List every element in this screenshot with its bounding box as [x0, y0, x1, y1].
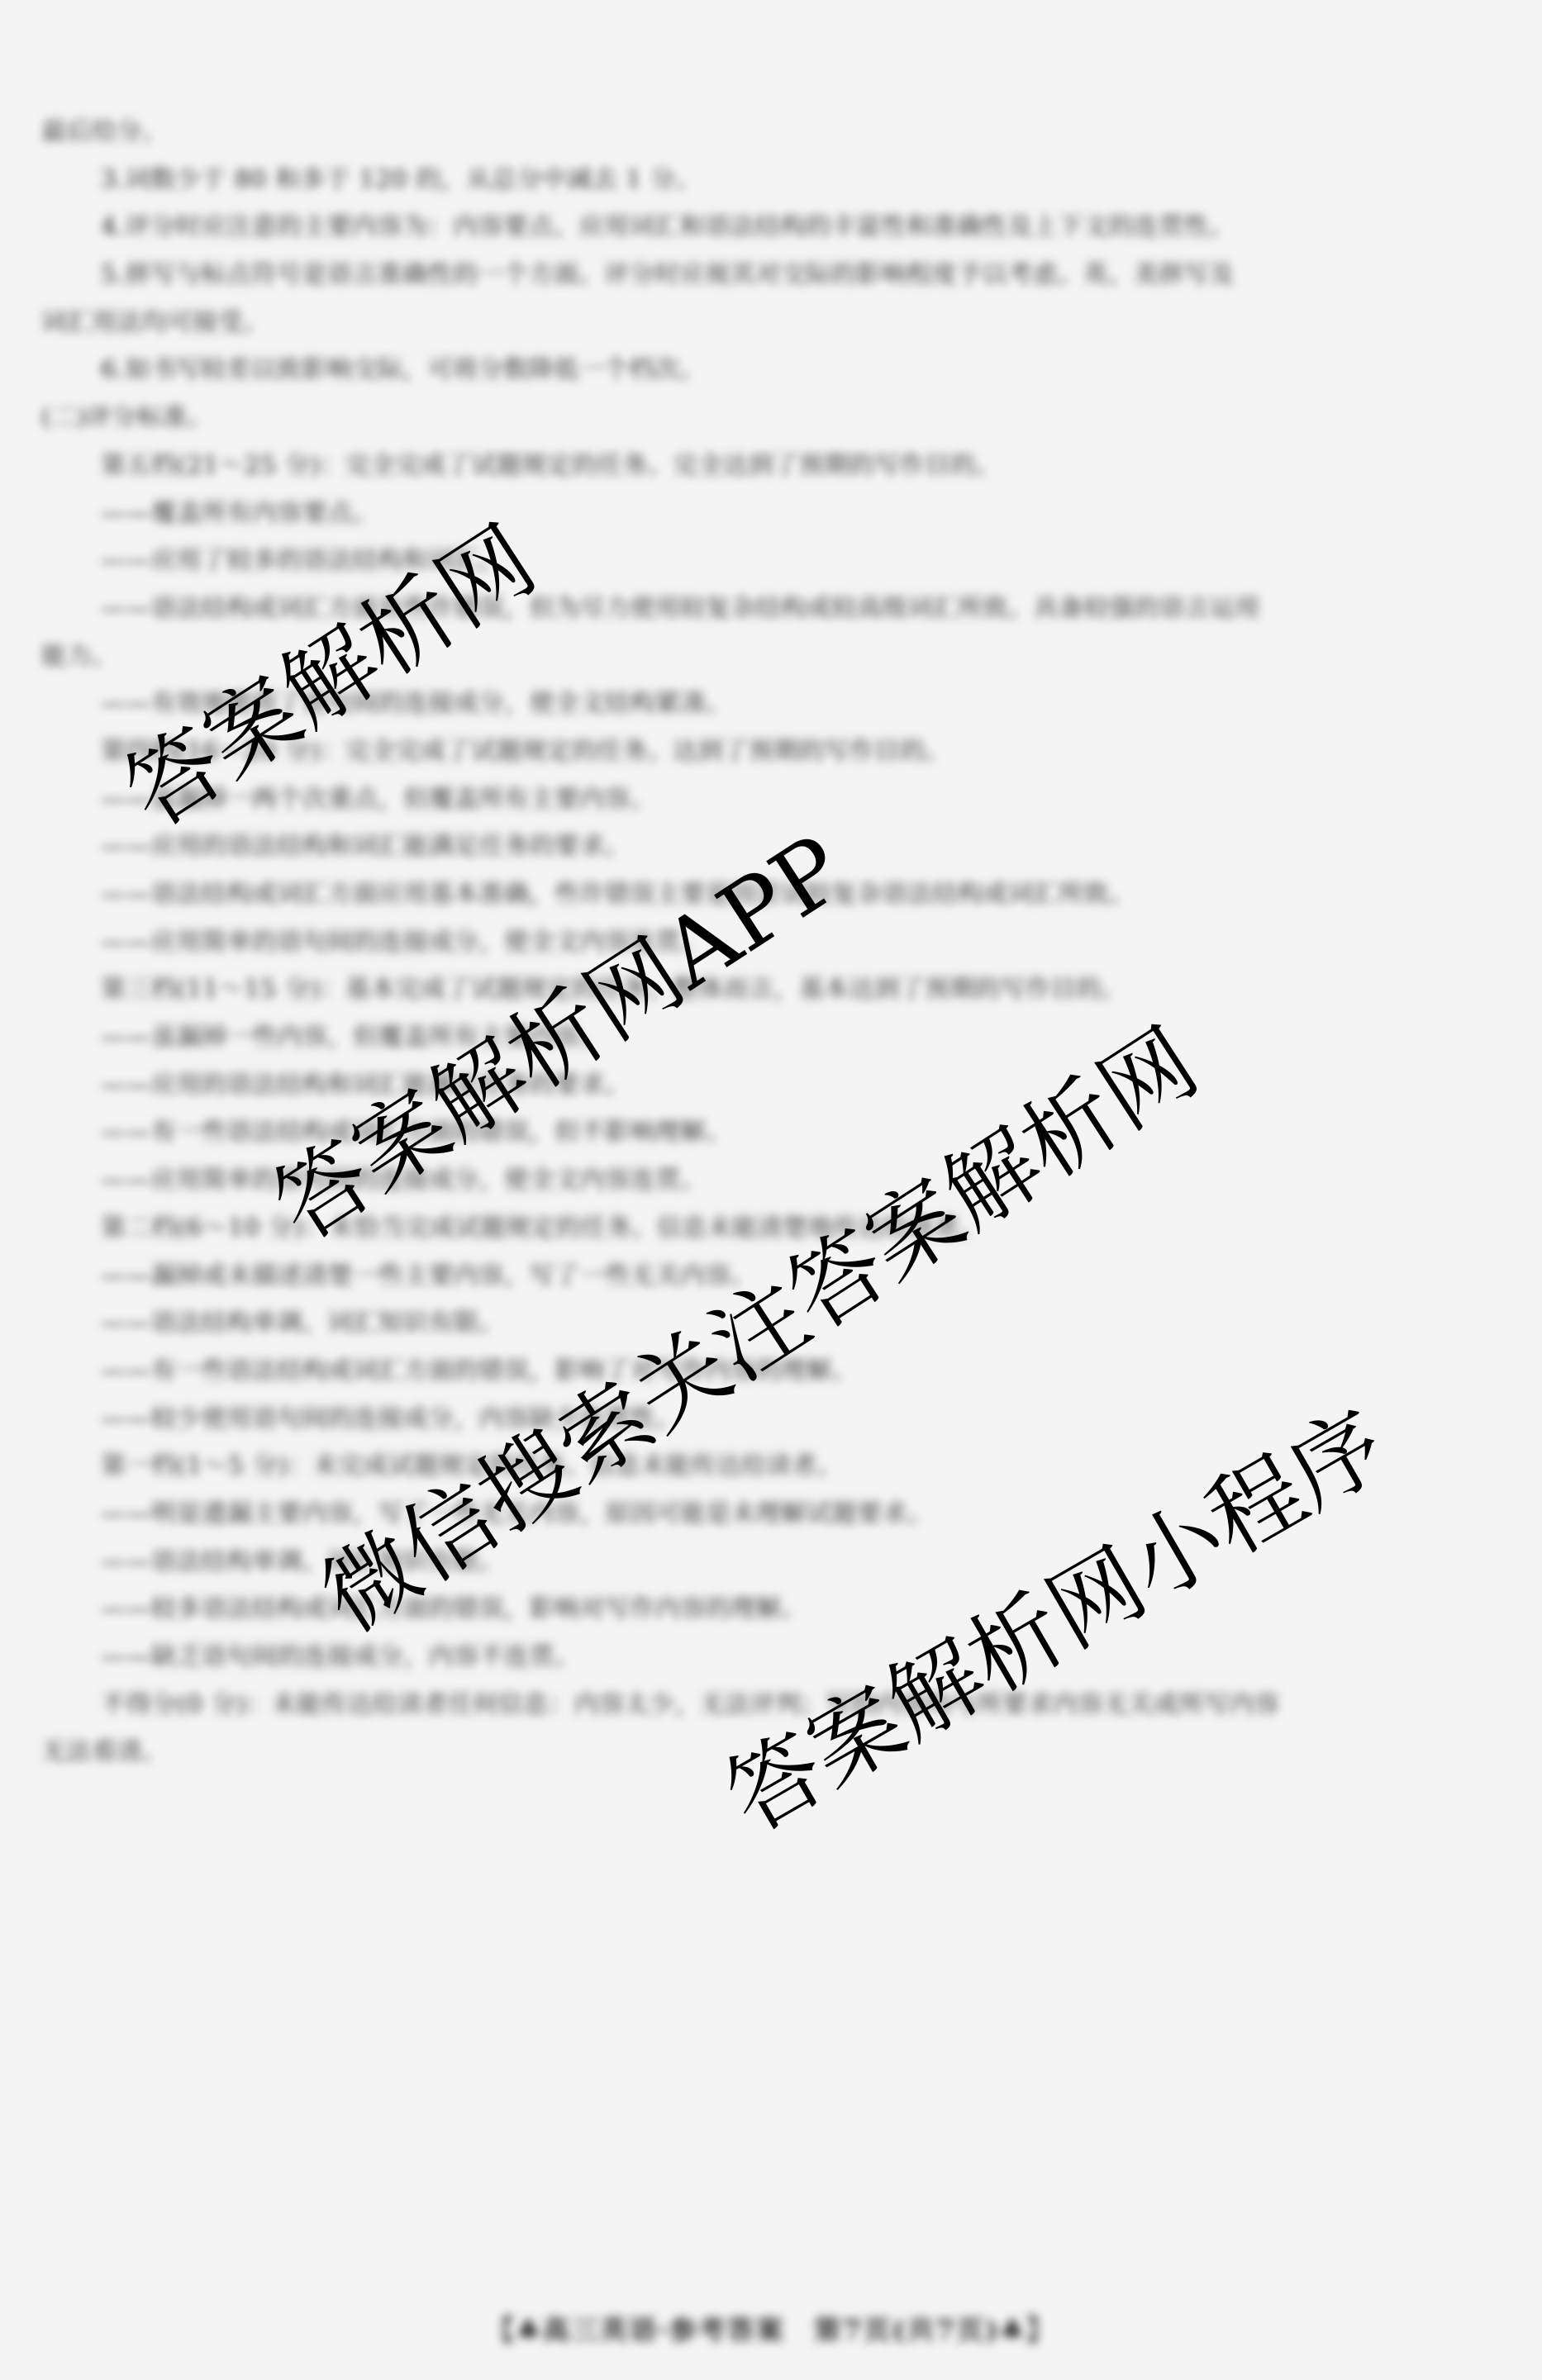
document-line: ——语法结构单调、词汇知识有限。: [41, 1538, 1501, 1586]
page-footer: 【♣高三英语·参考答案 第7页(共7页)♣】: [0, 2309, 1542, 2348]
document-line: 不得分(0 分)：未能传达给读者任何信息：内容太少，无法评判；写的内容均与所要求…: [41, 1681, 1501, 1729]
document-line: ——应用简单的语句间的连接成分，使全文内容连贯。: [41, 919, 1501, 967]
document-line: ——虽漏掉一些内容，但覆盖所有主要内容。: [41, 1014, 1501, 1062]
document-line: ——应用的语法结构和词汇能满足任务的要求。: [41, 1062, 1501, 1109]
document-line: ——漏掉或未描述清楚一些主要内容，写了一些无关内容。: [41, 1252, 1501, 1300]
document-line: 5.拼写与标点符号是语言准确性的一个方面。评分时应视其对交际的影响程度予以考虑。…: [41, 251, 1501, 299]
document-line: 词汇用法均可接受。: [41, 299, 1501, 347]
document-line: ——较多语法结构或词汇方面的错误，影响对写作内容的理解。: [41, 1585, 1501, 1633]
document-line: 6.如书写较差以致影响交际，可将分数降低一个档次。: [41, 346, 1501, 394]
document-line: ——语法结构单调、词汇知识有限。: [41, 1299, 1501, 1347]
document-line: ——明显遗漏主要内容，写了一些无关内容，原因可能是未理解试题要求。: [41, 1490, 1501, 1538]
document-line: ——有一些语法结构或词汇方面的错误，影响了对写作内容的理解。: [41, 1347, 1501, 1395]
document-line: 3.词数少于 80 和多于 120 的，从总分中减去 1 分。: [41, 156, 1501, 204]
document-line: 第一档(1～5 分)：未完成试题规定的任务。信息未能传达给读者。: [41, 1442, 1501, 1490]
scanned-answer-page: 最后给分。3.词数少于 80 和多于 120 的，从总分中减去 1 分。4.评分…: [0, 0, 1542, 2380]
document-line: 第四档(16～20 分)：完全完成了试题规定的任务。达到了预期的写作目的。: [41, 728, 1501, 776]
document-line: ——应用的语法结构和词汇能满足任务的要求。: [41, 823, 1501, 871]
document-line: 第五档(21～25 分)：完全完成了试题规定的任务。完全达到了预期的写作目的。: [41, 442, 1501, 490]
document-line: ——有效地使用了语句间的连接成分，使全文结构紧凑。: [41, 680, 1501, 728]
document-line: ——有一些语法结构或词汇方面的错误，但不影响理解。: [41, 1109, 1501, 1157]
rubric-text-body: 最后给分。3.词数少于 80 和多于 120 的，从总分中减去 1 分。4.评分…: [41, 108, 1501, 1776]
document-line: 无法看清。: [41, 1728, 1501, 1776]
document-line: ——缺乏语句间的连接成分，内容不连贯。: [41, 1633, 1501, 1681]
document-line: ——应用了较多的语法结构和词汇。: [41, 537, 1501, 585]
document-line: 最后给分。: [41, 108, 1501, 156]
document-line: ——覆盖所有内容要点。: [41, 490, 1501, 538]
document-line: 第二档(6～10 分)：未恰当完成试题规定的任务。信息未能清楚地传达给读者。: [41, 1204, 1501, 1252]
document-line: ——应用简单的语句间的连接成分，使全文内容连贯。: [41, 1157, 1501, 1204]
document-line: ——较少使用语句间的连接成分，内容缺少连贯性。: [41, 1395, 1501, 1443]
document-line: ——语法结构或词汇方面有些许错误，但为尽力使用较复杂结构或较高级词汇所致。具备较…: [41, 585, 1501, 633]
document-line: 4.评分时应注意的主要内容为：内容要点、应用词汇和语法结构的丰富性和准确性及上下…: [41, 203, 1501, 251]
blurred-scan-layer: 最后给分。3.词数少于 80 和多于 120 的，从总分中减去 1 分。4.评分…: [0, 0, 1542, 2380]
document-line: 第三档(11～15 分)：基本完成了试题规定的任务。整体而言，基本达到了预期的写…: [41, 966, 1501, 1014]
document-line: ——语法结构或词汇方面应用基本准确，些许错误主要是因尝试较复杂语法结构或词汇所致…: [41, 871, 1501, 919]
document-line: ——虽漏掉一两个次重点，但覆盖所有主要内容。: [41, 776, 1501, 824]
document-line: 能力。: [41, 633, 1501, 681]
document-line: (二)评分标准。: [41, 394, 1501, 442]
